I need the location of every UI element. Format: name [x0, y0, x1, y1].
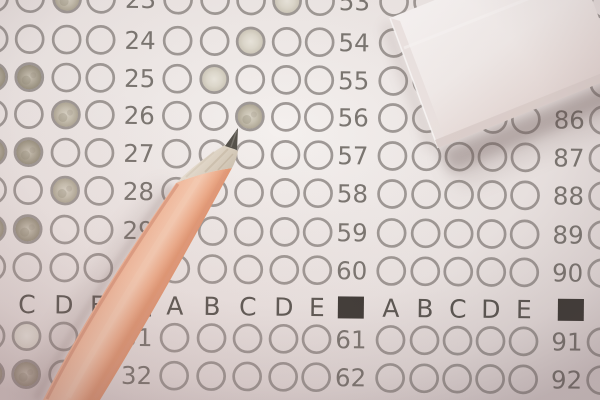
question-number: 53: [339, 0, 370, 16]
question-number: 90: [552, 258, 583, 287]
choice-letter: C: [239, 292, 257, 321]
choice-letter: E: [309, 293, 325, 322]
question-number: 57: [337, 141, 368, 170]
question-number: 56: [338, 103, 369, 132]
question-number: 60: [336, 256, 367, 285]
question-number: 58: [337, 179, 368, 208]
question-number: 88: [553, 181, 584, 210]
question-number: 89: [552, 220, 583, 249]
choice-letter: B: [416, 294, 433, 323]
question-number: 23: [125, 0, 156, 14]
choice-letter: D: [481, 295, 501, 324]
choice-letter: A: [382, 294, 399, 323]
question-number: 24: [124, 26, 155, 55]
section-marker-square: [338, 296, 364, 318]
question-number: 32: [121, 361, 152, 390]
question-number: 59: [336, 218, 367, 247]
question-number: 55: [338, 66, 369, 95]
question-number: 62: [335, 363, 366, 392]
scene: 2324252627282930313253545556575859606162…: [0, 0, 600, 400]
answer-sheet-photo: 2324252627282930313253545556575859606162…: [0, 0, 600, 400]
choice-letter: E: [516, 295, 532, 324]
choice-letter: D: [274, 293, 294, 322]
question-number: 54: [338, 28, 369, 57]
question-number: 27: [123, 139, 154, 168]
choice-letter: A: [166, 292, 183, 321]
question-number: 26: [124, 101, 155, 130]
choice-letter: C: [18, 290, 36, 319]
choice-letter: C: [449, 294, 467, 323]
question-number: 92: [551, 365, 582, 394]
question-number: 25: [124, 64, 155, 93]
section-marker-square: [558, 299, 584, 321]
choice-letter: B: [203, 292, 220, 321]
question-number: 91: [551, 327, 582, 356]
question-number: 61: [335, 325, 366, 354]
